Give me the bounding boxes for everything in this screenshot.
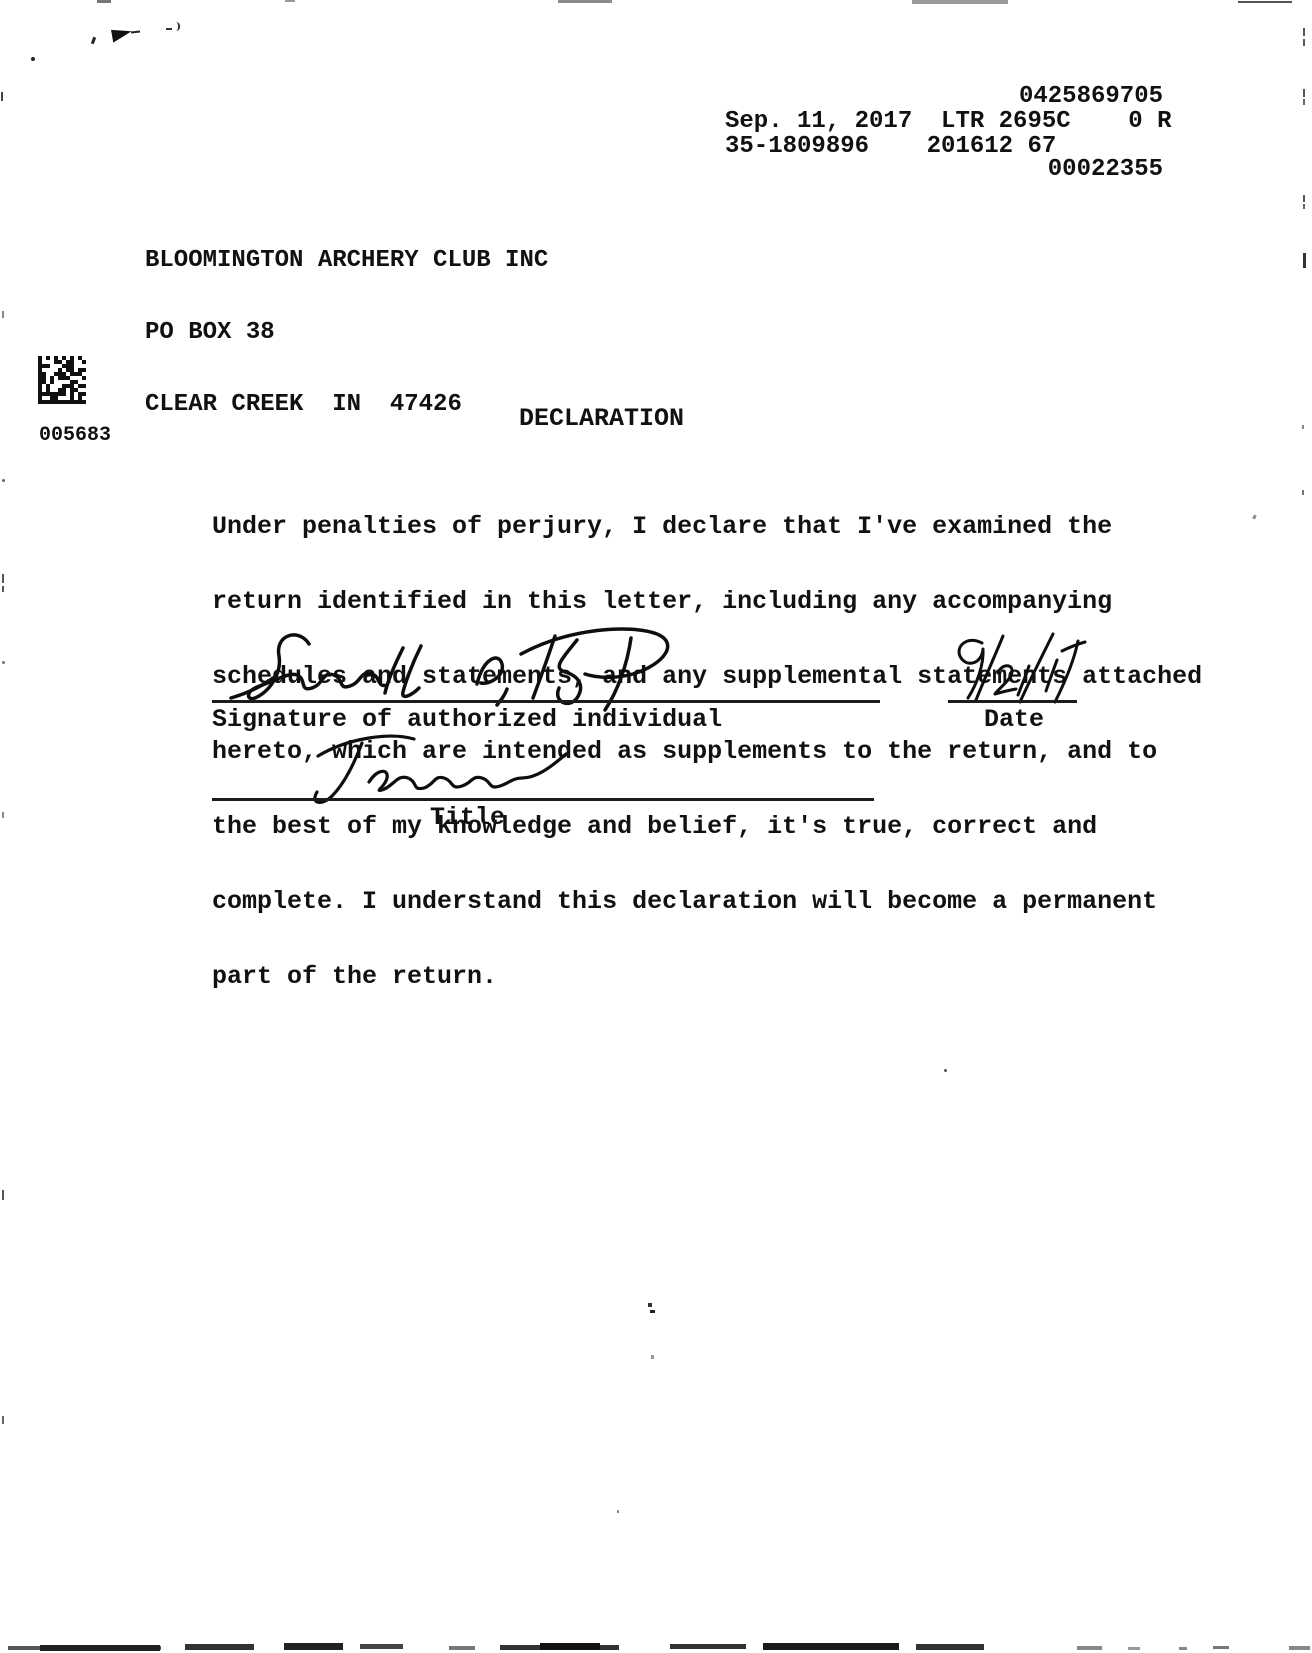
recipient-address: BLOOMINGTON ARCHERY CLUB INC PO BOX 38 C…	[145, 201, 548, 465]
edge-tick	[1303, 253, 1306, 268]
edge-tick	[1, 92, 3, 101]
scan-artifact-bar	[449, 1646, 475, 1650]
ink-speck	[648, 1303, 652, 1307]
edge-tick	[1302, 425, 1304, 429]
ink-speck	[174, 22, 180, 31]
edge-tick	[2, 574, 4, 583]
scan-artifact-bar	[1289, 1646, 1310, 1650]
scan-artifact-bar	[185, 1644, 254, 1650]
scan-artifact-bar	[916, 1644, 984, 1650]
recipient-name: BLOOMINGTON ARCHERY CLUB INC	[145, 249, 548, 273]
scan-artifact-bar	[1128, 1647, 1140, 1650]
datamatrix-barcode-icon	[38, 356, 88, 404]
declaration-heading: DECLARATION	[519, 406, 684, 431]
scan-artifact-bar	[284, 1643, 343, 1650]
edge-tick	[2, 586, 4, 592]
scan-artifact-bar	[1179, 1647, 1187, 1650]
recipient-address-line2: CLEAR CREEK IN 47426	[145, 393, 548, 417]
recipient-address-line1: PO BOX 38	[145, 321, 548, 345]
date-line	[948, 700, 1077, 703]
scan-artifact-bar	[1077, 1646, 1102, 1650]
declaration-line: part of the return.	[212, 964, 1202, 989]
edge-tick	[2, 479, 5, 482]
edge-tick	[1252, 515, 1257, 520]
edge-tick	[1303, 204, 1305, 209]
ink-speck	[944, 1069, 947, 1072]
ink-speck	[91, 37, 96, 45]
scan-artifact-bar	[763, 1643, 899, 1650]
scan-smudge	[1238, 1, 1292, 3]
edge-tick	[2, 661, 5, 664]
ink-speck	[31, 57, 35, 61]
scan-artifact-bar	[1213, 1646, 1229, 1649]
declaration-line: Under penalties of perjury, I declare th…	[212, 514, 1202, 539]
edge-tick	[1303, 39, 1305, 46]
title-handwriting	[272, 726, 582, 806]
title-value: Treasurer	[0, 0, 1, 1]
ink-speck	[617, 1510, 619, 1513]
ein-line: 35-1809896 201612 67	[725, 134, 1056, 159]
scanned-letter-page: 0425869705 Sep. 11, 2017 LTR 2695C 0 R 3…	[0, 0, 1312, 1653]
letter-date-line: Sep. 11, 2017 LTR 2695C 0 R	[725, 109, 1171, 134]
edge-tick	[1303, 28, 1305, 36]
signature-value: Randall R. Keets	[0, 0, 1, 1]
edge-tick	[1303, 89, 1305, 97]
edge-tick	[2, 812, 4, 818]
ink-speck	[166, 28, 172, 30]
declaration-line: return identified in this letter, includ…	[212, 589, 1202, 614]
doc-number: 0425869705	[1019, 84, 1163, 109]
edge-tick	[2, 1416, 4, 1424]
scan-smudge	[285, 0, 295, 2]
scan-artifact-bar	[670, 1644, 746, 1649]
scan-smudge	[97, 0, 111, 3]
scan-smudge	[912, 0, 1008, 4]
title-line	[212, 798, 874, 801]
scan-artifact-bar	[40, 1645, 160, 1651]
edge-tick	[2, 311, 4, 318]
edge-tick	[1302, 490, 1304, 495]
date-label: Date	[984, 707, 1044, 732]
date-handwriting	[945, 628, 1090, 708]
signature-handwriting	[225, 618, 765, 713]
edge-tick	[1303, 99, 1305, 105]
declaration-line: the best of my knowledge and belief, it'…	[212, 814, 1202, 839]
control-number: 00022355	[1048, 157, 1163, 182]
title-label: Title	[430, 805, 505, 830]
ink-blot	[111, 26, 133, 42]
edge-tick	[1303, 195, 1305, 202]
edge-tick	[2, 1190, 4, 1200]
date-value: 9/21/17	[0, 0, 1, 1]
ink-speck	[651, 1355, 654, 1359]
ink-speck	[650, 1310, 655, 1313]
scan-smudge	[558, 0, 612, 3]
barcode-label: 005683	[39, 426, 111, 446]
declaration-line: complete. I understand this declaration …	[212, 889, 1202, 914]
scan-artifact-bar	[540, 1643, 600, 1650]
signature-line	[212, 700, 880, 703]
scan-artifact-bar	[360, 1644, 403, 1649]
ink-speck	[131, 31, 140, 34]
